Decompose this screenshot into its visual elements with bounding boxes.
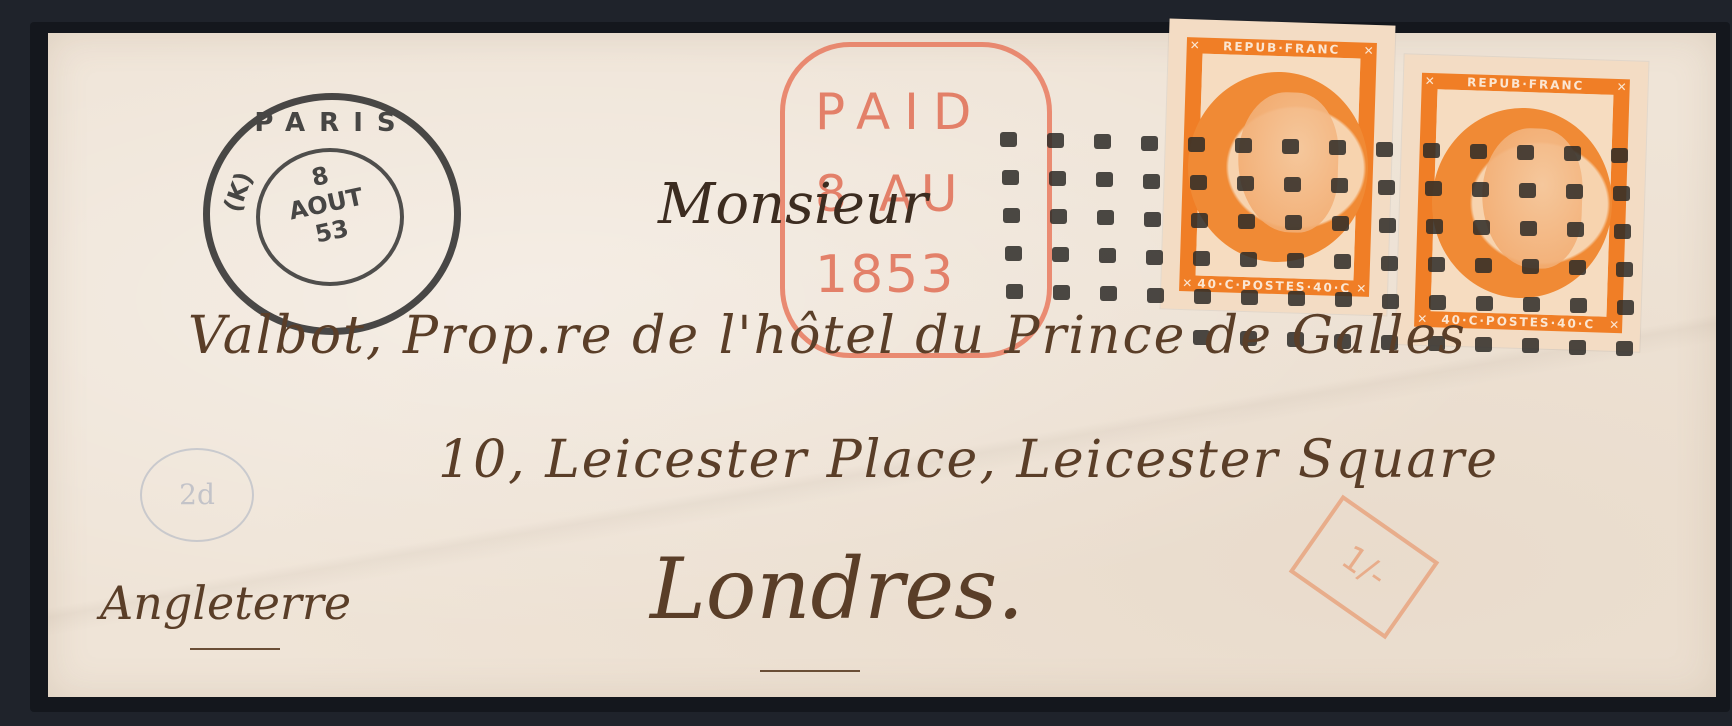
address-city: Londres. — [650, 540, 1024, 638]
paris-postmark: PARIS (K) 8 AOUT 53 — [203, 93, 461, 335]
address-country: Angleterre — [100, 576, 351, 630]
paid-year: 1853 — [815, 245, 955, 305]
salutation: Monsieur — [658, 172, 928, 237]
country-underline — [190, 648, 280, 650]
city-underline — [760, 670, 860, 672]
address-street-line: 10, Leicester Place, Leicester Square — [438, 430, 1499, 490]
address-name-line: Valbot, Prop.re de l'hôtel du Prince de … — [188, 306, 1467, 366]
paid-text: PAID — [815, 83, 985, 141]
stamp-left: REPUB·FRANC 40·C·POSTES·40·C ✕ ✕ ✕ ✕ — [1161, 19, 1396, 316]
corner-cross-icon: ✕ — [1606, 317, 1622, 333]
corner-cross-icon: ✕ — [1187, 37, 1203, 53]
corner-cross-icon: ✕ — [1422, 73, 1438, 89]
postmark-town: PARIS — [210, 108, 454, 138]
corner-cross-icon: ✕ — [1613, 79, 1629, 95]
corner-cross-icon: ✕ — [1360, 43, 1376, 59]
corner-cross-icon: ✕ — [1353, 280, 1369, 296]
corner-cross-icon: ✕ — [1179, 275, 1195, 291]
blue-oval-mark: 2d — [140, 448, 254, 542]
